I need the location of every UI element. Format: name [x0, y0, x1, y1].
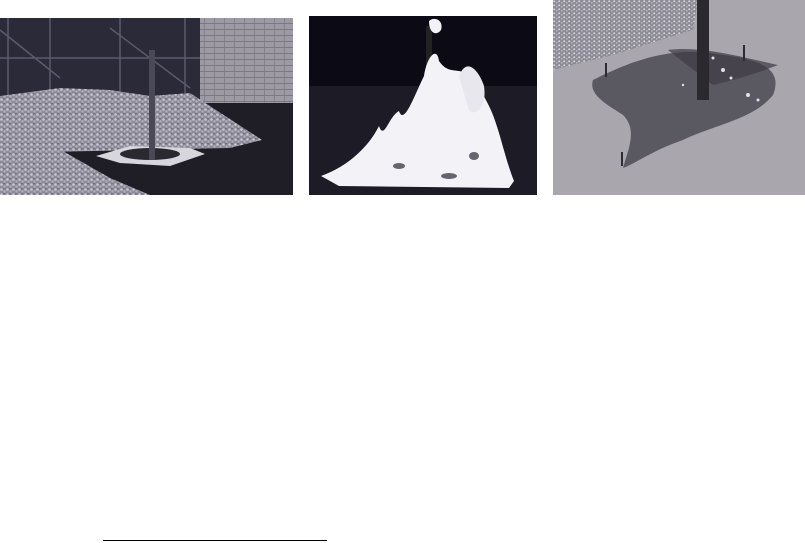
- photo-burning-image: [309, 16, 537, 195]
- figure-photo-burning: [309, 16, 537, 195]
- footnote-rule: [103, 540, 327, 541]
- figure-photo-before: [0, 18, 293, 195]
- photo-before-image: [0, 18, 293, 195]
- figure-photo-after: [553, 0, 805, 195]
- photo-after-image: [553, 0, 805, 195]
